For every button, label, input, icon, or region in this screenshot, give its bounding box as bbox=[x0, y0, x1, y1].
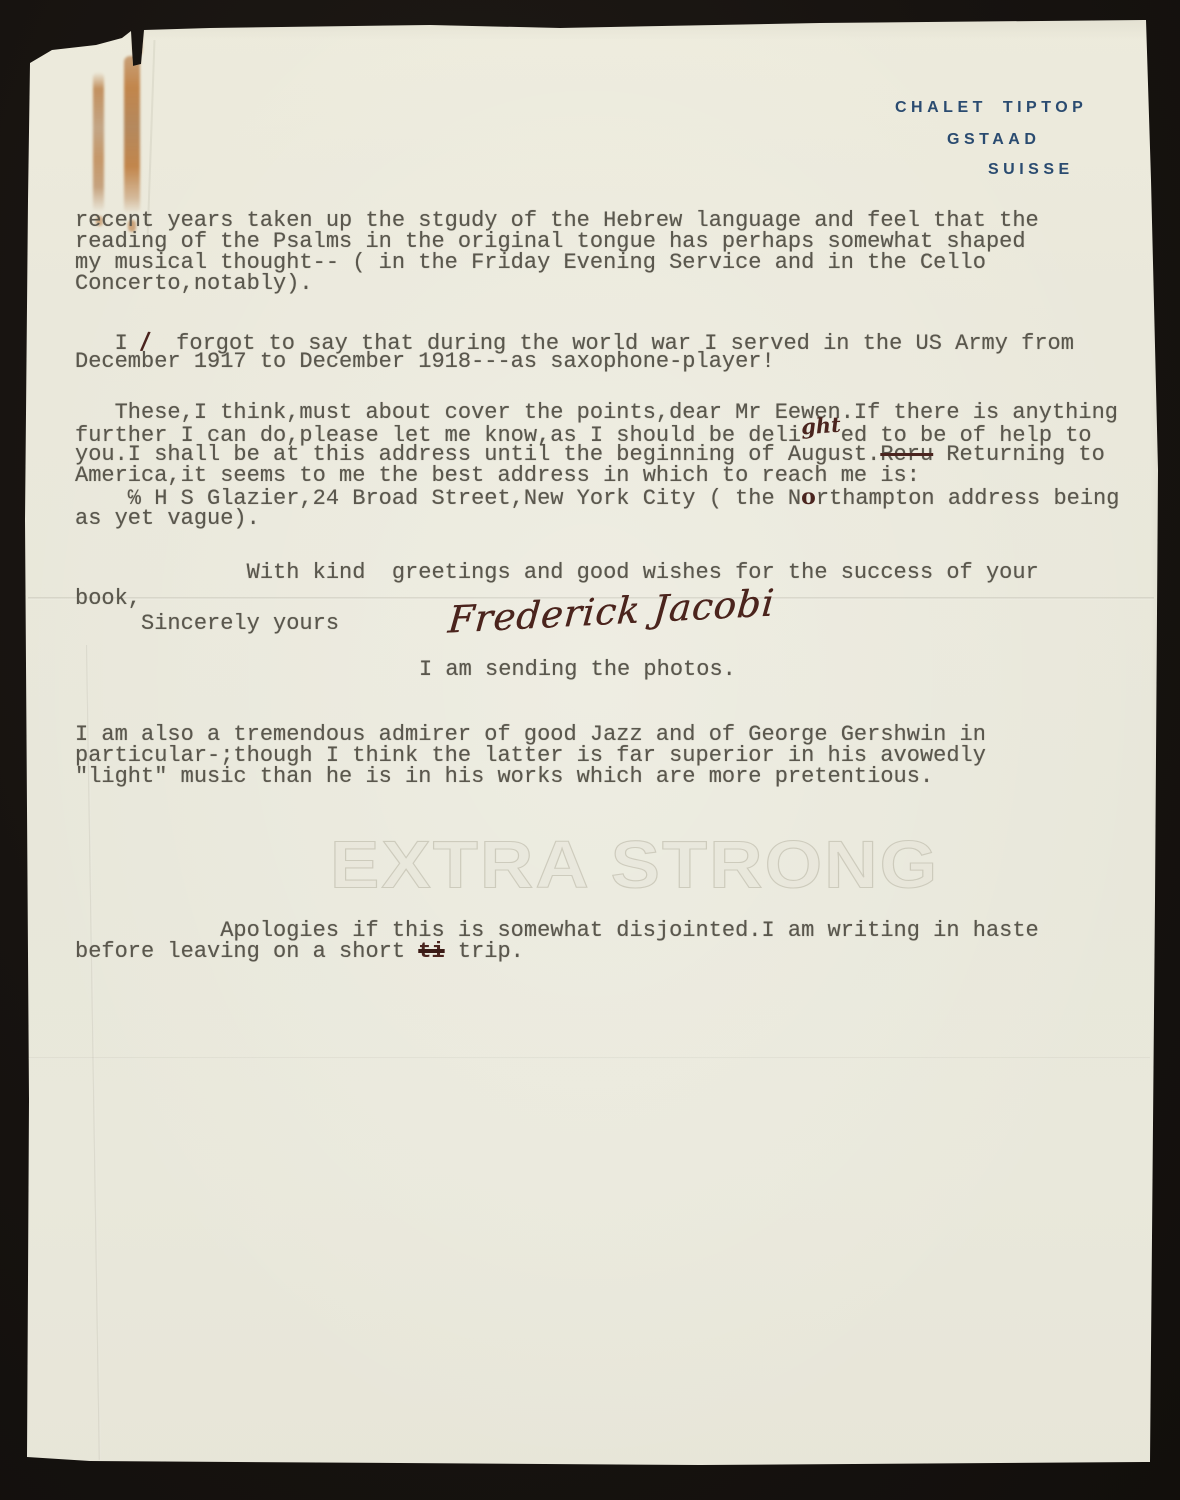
typed-line: Sincerely yours bbox=[75, 613, 339, 634]
handwritten-insertion: ght bbox=[800, 414, 841, 438]
typed-line: I am also a tremendous admirer of good J… bbox=[75, 724, 986, 745]
typed-line: I am sending the photos. bbox=[419, 659, 736, 680]
rust-stain bbox=[93, 72, 104, 212]
letterhead-line-1: CHALET TIPTOP bbox=[895, 99, 1087, 117]
typed-line: recent years taken up the stgudy of the … bbox=[75, 210, 1039, 231]
typed-line: book, bbox=[75, 588, 141, 609]
typed-segment: trip. bbox=[445, 939, 524, 964]
typed-line: before leaving on a short ti trip. bbox=[75, 941, 524, 962]
letterhead-line-2: GSTAAD bbox=[947, 131, 1040, 149]
typed-line: December 1917 to December 1918---as saxo… bbox=[75, 351, 775, 372]
paper-watermark: EXTRA STRONG bbox=[330, 830, 939, 900]
typed-line: you.I shall be at this address until the… bbox=[75, 444, 1105, 465]
handwritten-correction: o bbox=[801, 484, 816, 510]
typed-line: as yet vague). bbox=[75, 508, 260, 529]
typed-line: America,it seems to me the best address … bbox=[75, 465, 920, 486]
rust-stain bbox=[133, 26, 142, 56]
typed-segment: before leaving on a short bbox=[75, 939, 418, 964]
typed-line: Concerto,notably). bbox=[75, 273, 313, 294]
scan-background: EXTRA STRONG CHALET TIPTOP GSTAAD SUISSE… bbox=[0, 0, 1180, 1500]
typed-line: reading of the Psalms in the original to… bbox=[75, 231, 1026, 252]
typed-line: With kind greetings and good wishes for … bbox=[75, 562, 1039, 583]
letterhead-line-3: SUISSE bbox=[988, 161, 1074, 179]
typed-line: "light" music than he is in his works wh… bbox=[75, 766, 933, 787]
typed-line: Apologies if this is somewhat disjointed… bbox=[75, 920, 1039, 941]
typed-segment: rthampton address being bbox=[816, 486, 1120, 511]
typed-line: my musical thought-- ( in the Friday Eve… bbox=[75, 252, 986, 273]
rust-stain bbox=[124, 56, 140, 214]
typed-line: particular-;though I think the latter is… bbox=[75, 745, 986, 766]
typed-line: These,I think,must about cover the point… bbox=[75, 402, 1118, 423]
ink-struck-letters: ti bbox=[418, 939, 444, 964]
fold-crease-horizontal-lower bbox=[28, 1057, 1150, 1059]
typed-segment: Returning to bbox=[933, 442, 1105, 467]
